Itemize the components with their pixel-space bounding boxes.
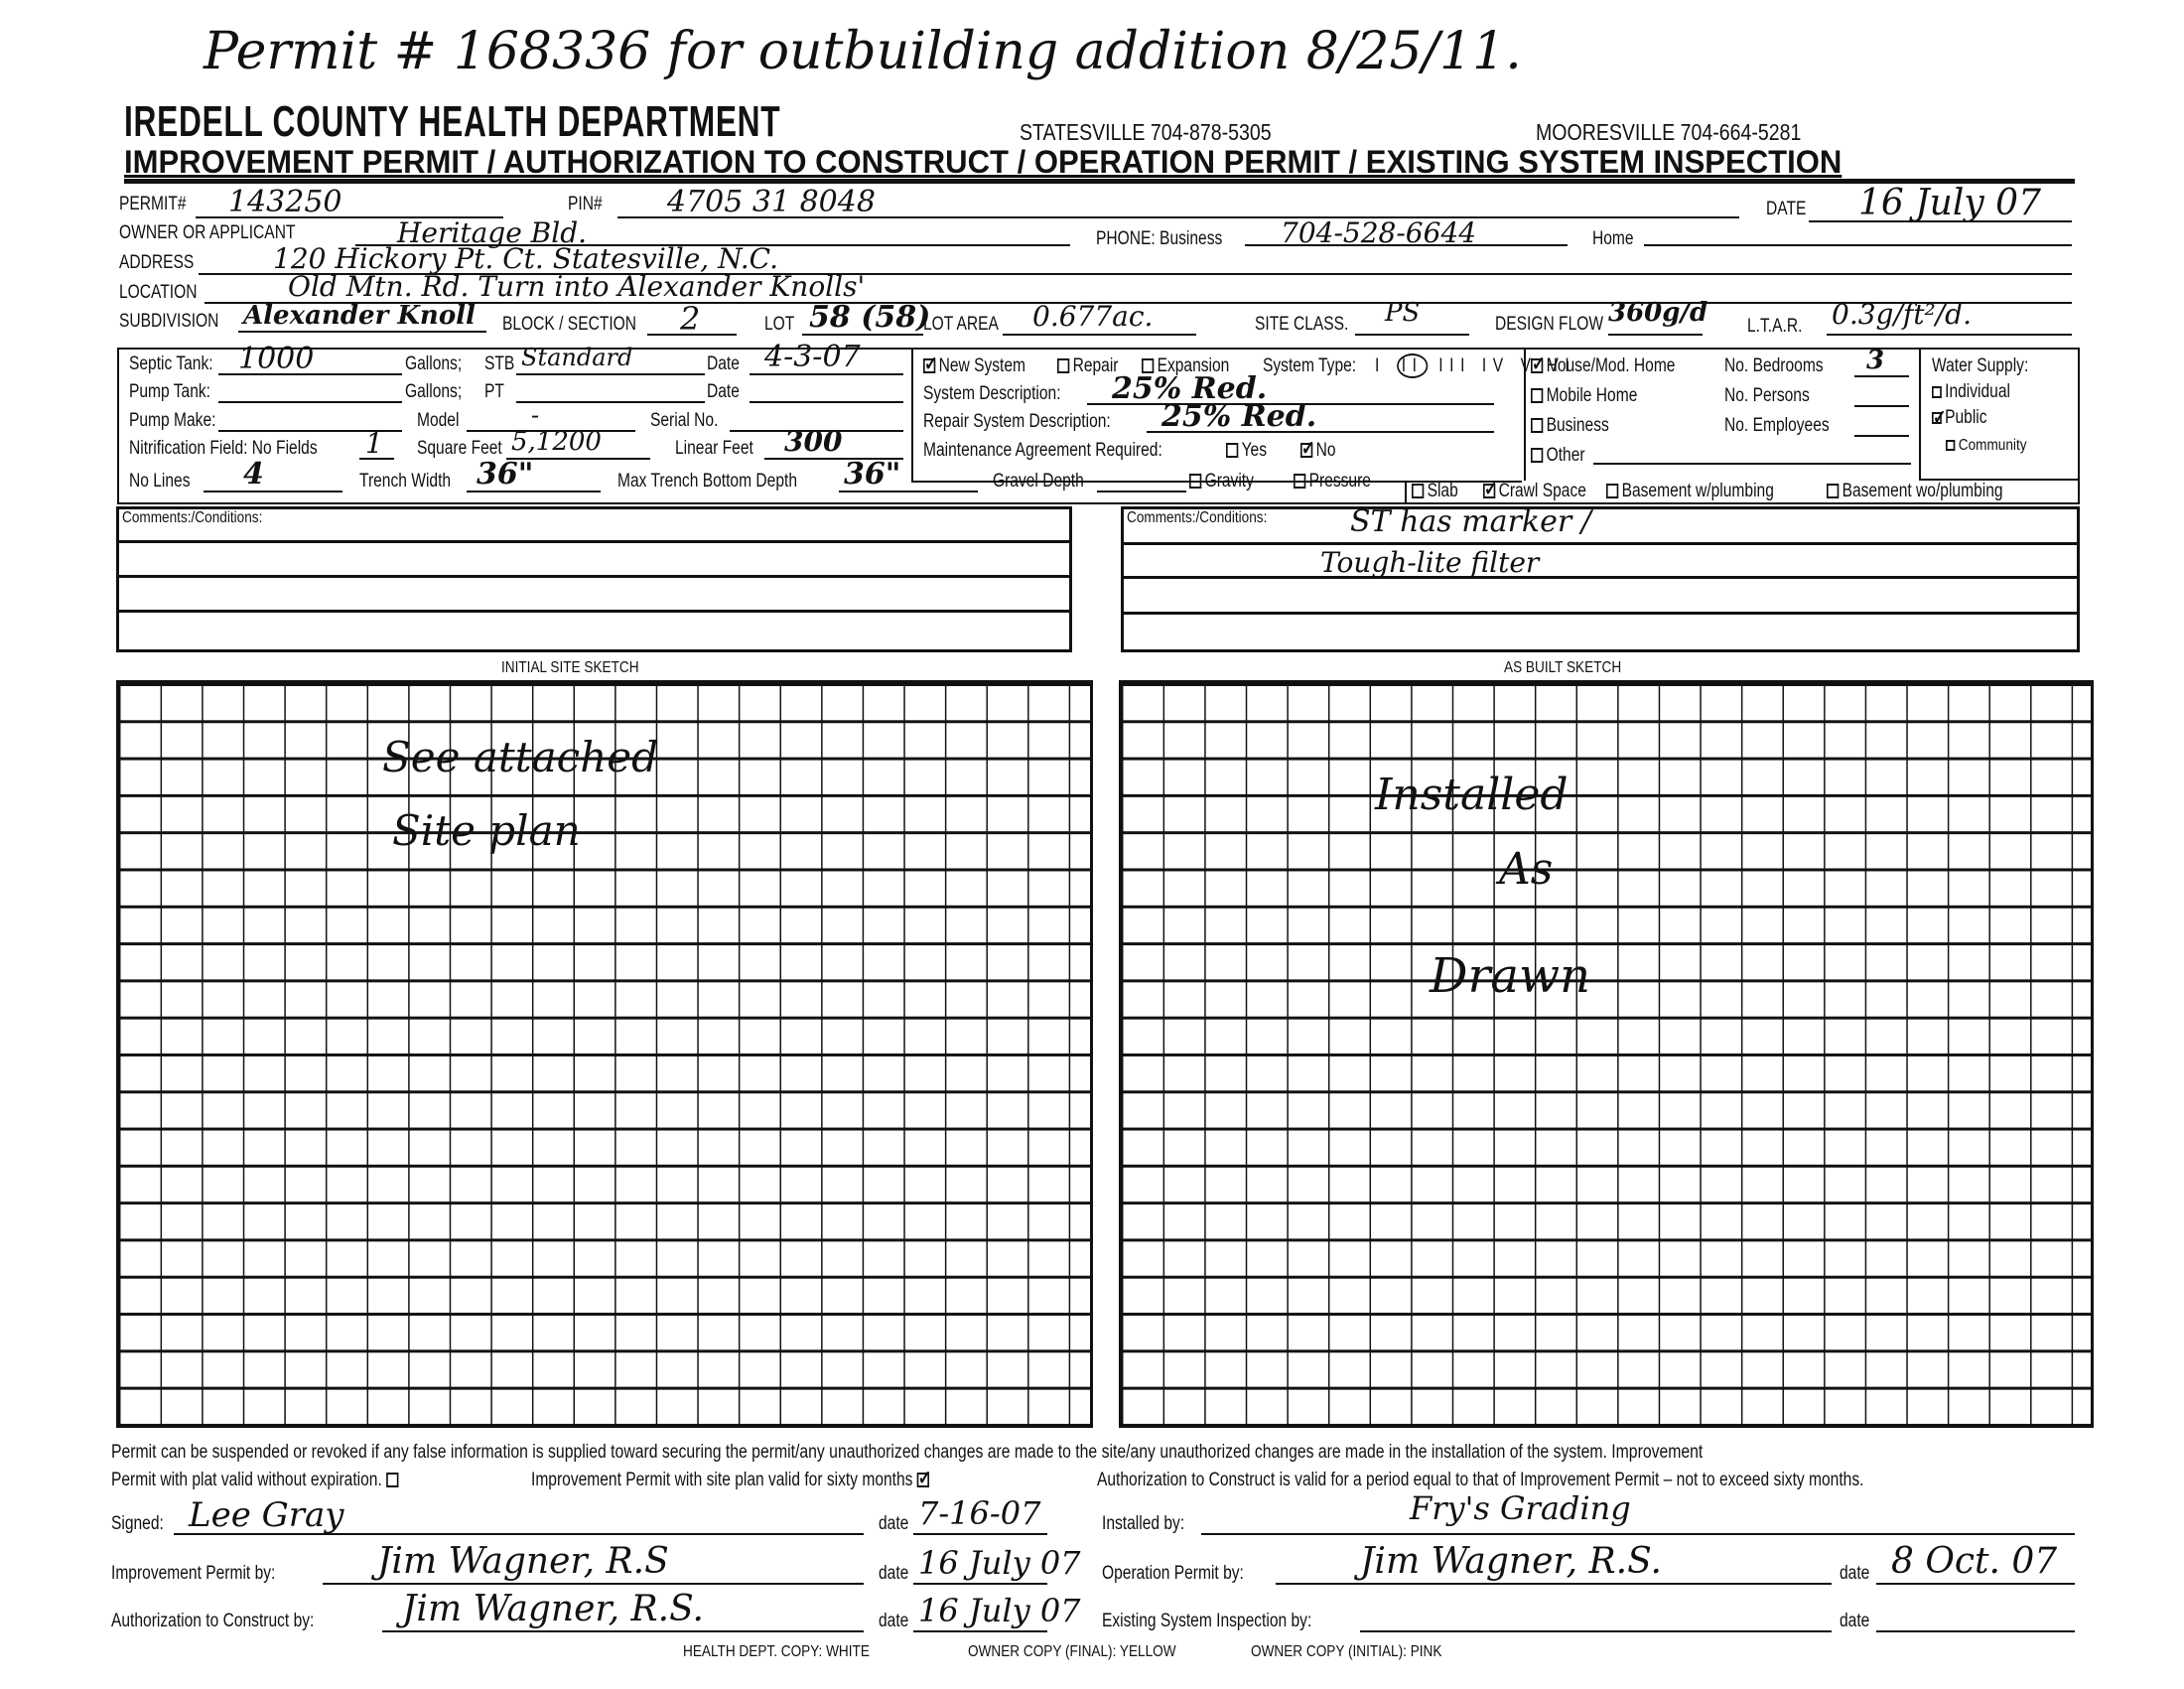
comments-right-label: Comments:/Conditions: [1127, 509, 1267, 527]
handwritten-annotation: Permit # 168336 for outbuilding addition… [204, 22, 1522, 81]
square-feet-value[interactable]: 5,1200 [511, 427, 602, 457]
signed-date-line [913, 1533, 1047, 1535]
permit-label: PERMIT# [119, 194, 187, 215]
mobile-label: Mobile Home [1547, 385, 1638, 406]
op-line [1276, 1583, 1832, 1585]
esi-label: Existing System Inspection by: [1102, 1611, 1311, 1632]
ip-date-line [913, 1583, 1047, 1585]
department-name: IREDELL COUNTY HEALTH DEPARTMENT [124, 97, 780, 147]
trench-width-value[interactable]: 36" [477, 457, 533, 492]
pt-date-line [750, 401, 903, 403]
maintenance-yes-option[interactable]: Yes [1226, 440, 1267, 462]
ip-label: Improvement Permit by: [111, 1563, 275, 1585]
as-built-note-2: As [1499, 844, 1553, 895]
location-label: LOCATION [119, 282, 197, 304]
new-system-option[interactable]: New System [923, 355, 1025, 377]
maintenance-no-label: No [1316, 440, 1336, 461]
water-community-checkbox[interactable] [1946, 440, 1955, 451]
comment-line [116, 610, 1072, 613]
atc-value[interactable]: Jim Wagner, R.S. [402, 1589, 704, 1629]
pressure-option[interactable]: Pressure [1294, 471, 1371, 493]
crawl-option[interactable]: Crawl Space [1483, 481, 1586, 502]
nitrification-value[interactable]: 1 [365, 427, 383, 460]
house-checkbox[interactable] [1531, 358, 1543, 373]
pressure-checkbox[interactable] [1294, 474, 1305, 489]
as-built-sketch-grid[interactable] [1119, 680, 2094, 1428]
gravel-depth-label: Gravel Depth [993, 471, 1084, 493]
comment-line [116, 575, 1072, 578]
op-date-line [1876, 1583, 2075, 1585]
stb-value[interactable]: Standard [521, 344, 632, 371]
basement-wo-checkbox[interactable] [1827, 484, 1839, 498]
system-type-iii[interactable]: III [1438, 355, 1471, 376]
pump-make-label: Pump Make: [129, 410, 215, 432]
as-built-sketch-title: AS BUILT SKETCH [1504, 659, 1621, 677]
bedrooms-line [1854, 375, 1909, 377]
as-built-note-1: Installed [1375, 770, 1569, 820]
employees-label: No. Employees [1724, 415, 1830, 437]
slab-label: Slab [1428, 481, 1458, 501]
maintenance-yes-checkbox[interactable] [1226, 443, 1238, 458]
slab-option[interactable]: Slab [1412, 481, 1458, 502]
subdivision-label: SUBDIVISION [119, 311, 218, 333]
divider [1405, 481, 1407, 504]
plat-label: Permit with plat valid without expiratio… [111, 1470, 382, 1490]
pt-label: PT [484, 381, 504, 403]
maintenance-no-checkbox[interactable] [1300, 443, 1312, 458]
crawl-label: Crawl Space [1499, 481, 1586, 501]
no-lines-value[interactable]: 4 [243, 457, 264, 492]
gravel-depth-line [1097, 491, 1186, 493]
lot-value[interactable]: 58 (58) [809, 300, 930, 335]
comments-right-line2[interactable]: Tough-lite filter [1320, 546, 1539, 579]
pump-tank-line [218, 401, 402, 403]
linear-feet-value[interactable]: 300 [784, 425, 842, 458]
nitrification-label: Nitrification Field: No Fields [129, 438, 318, 460]
other-option[interactable]: Other [1531, 445, 1585, 467]
water-public-label: Public [1945, 407, 1986, 428]
comment-line [1121, 542, 2080, 545]
as-built-note-3: Drawn [1430, 948, 1590, 1004]
phone-business-label: PHONE: Business [1096, 228, 1222, 250]
other-line [1593, 463, 1911, 465]
atc-date-label: date [879, 1611, 908, 1632]
septic-tank-value[interactable]: 1000 [238, 342, 314, 376]
maintenance-yes-label: Yes [1242, 440, 1267, 461]
atc-date-line [913, 1630, 1047, 1632]
op-date-label: date [1840, 1563, 1869, 1585]
system-type-ii[interactable]: II [1397, 353, 1429, 378]
copy-pink: OWNER COPY (INITIAL): PINK [1251, 1643, 1441, 1661]
gravity-label: Gravity [1205, 471, 1254, 492]
slab-checkbox[interactable] [1412, 484, 1424, 498]
initial-sketch-title: INITIAL SITE SKETCH [501, 659, 639, 677]
signed-date-value[interactable]: 7-16-07 [918, 1494, 1040, 1532]
serial-label: Serial No. [650, 410, 718, 432]
house-option[interactable]: House/Mod. Home [1531, 355, 1675, 377]
block-label: BLOCK / SECTION [502, 314, 636, 336]
statesville-phone: STATESVILLE 704-878-5305 [1020, 119, 1272, 146]
copy-yellow: OWNER COPY (FINAL): YELLOW [968, 1643, 1176, 1661]
mobile-checkbox[interactable] [1531, 388, 1543, 403]
water-supply-label: Water Supply: [1932, 355, 2028, 377]
ip-date-value[interactable]: 16 July 07 [918, 1544, 1081, 1582]
lot-area-value[interactable]: 0.677ac. [1032, 300, 1153, 333]
employees-line [1854, 435, 1909, 437]
gallons-label: Gallons; [405, 353, 462, 375]
maintenance-no-option[interactable]: No [1300, 440, 1336, 462]
basement-wo-option[interactable]: Basement wo/plumbing [1827, 481, 2003, 502]
subdivision-line [238, 331, 486, 333]
max-depth-value[interactable]: 36" [844, 457, 900, 492]
stb-date-value[interactable]: 4-3-07 [764, 340, 861, 374]
site-class-line [1355, 334, 1469, 336]
atc-date-value[interactable]: 16 July 07 [918, 1592, 1081, 1629]
pressure-label: Pressure [1309, 471, 1371, 492]
phone-home-label: Home [1592, 228, 1634, 250]
lot-area-line [1003, 334, 1196, 336]
basement-w-checkbox[interactable] [1606, 484, 1618, 498]
phone-business-value[interactable]: 704-528-6644 [1281, 216, 1476, 249]
design-flow-label: DESIGN FLOW [1495, 314, 1603, 336]
stb-date-label: Date [707, 353, 740, 375]
stb-line [516, 373, 705, 375]
gravity-option[interactable]: Gravity [1189, 471, 1254, 493]
ltar-line [1827, 334, 2072, 336]
phone-home-line [1644, 244, 2072, 246]
crawl-checkbox[interactable] [1483, 484, 1495, 498]
persons-line [1854, 405, 1909, 407]
design-flow-value[interactable]: 360g/d [1608, 298, 1707, 328]
mobile-option[interactable]: Mobile Home [1531, 385, 1637, 407]
atc-line [382, 1630, 864, 1632]
ltar-value[interactable]: 0.3g/ft²/d. [1832, 298, 1972, 331]
linear-feet-label: Linear Feet [675, 438, 753, 460]
block-value[interactable]: 2 [680, 300, 700, 338]
mooresville-phone: MOORESVILLE 704-664-5281 [1536, 119, 1801, 146]
esi-date-line [1876, 1630, 2075, 1632]
business-label: Business [1547, 415, 1609, 436]
repair-checkbox[interactable] [1057, 358, 1069, 373]
gallons-label-2: Gallons; [405, 381, 462, 403]
comments-right-line1[interactable]: ST has marker / [1350, 504, 1591, 539]
date-value[interactable]: 16 July 07 [1858, 183, 2041, 223]
subdivision-value[interactable]: Alexander Knoll [243, 301, 476, 331]
lot-area-label: LOT AREA [923, 314, 999, 336]
initial-sketch-note-1: See attached [382, 733, 658, 781]
bedrooms-label: No. Bedrooms [1724, 355, 1824, 377]
atc-label: Authorization to Construct by: [111, 1611, 314, 1632]
water-public-option[interactable]: Public [1932, 407, 1987, 429]
op-date-value[interactable]: 8 Oct. 07 [1891, 1541, 2057, 1582]
other-checkbox[interactable] [1531, 448, 1543, 463]
signed-label: Signed: [111, 1513, 164, 1535]
repair-description-value[interactable]: 25% Red. [1161, 399, 1316, 434]
disclaimer-text: Permit can be suspended or revoked if an… [111, 1442, 1703, 1464]
signed-date-label: date [879, 1513, 908, 1535]
house-label: House/Mod. Home [1547, 355, 1676, 376]
ip-date-label: date [879, 1563, 908, 1585]
water-individual-option[interactable]: Individual [1932, 381, 2010, 403]
max-depth-label: Max Trench Bottom Depth [617, 471, 797, 493]
pump-tank-label: Pump Tank: [129, 381, 210, 403]
installed-value[interactable]: Fry's Grading [1410, 1489, 1631, 1527]
water-individual-label: Individual [1945, 381, 2010, 402]
design-flow-line [1608, 334, 1703, 336]
signed-value[interactable]: Lee Gray [189, 1495, 344, 1535]
lot-label: LOT [764, 314, 794, 336]
location-value[interactable]: Old Mtn. Rd. Turn into Alexander Knolls' [288, 270, 865, 303]
plat-checkbox[interactable] [386, 1473, 398, 1487]
ltar-label: L.T.A.R. [1747, 316, 1802, 338]
septic-tank-label: Septic Tank: [129, 353, 213, 375]
system-type-i[interactable]: I [1375, 355, 1386, 376]
no-lines-line [204, 491, 342, 493]
site-plan-option[interactable]: Improvement Permit with site plan valid … [531, 1470, 932, 1491]
plat-option[interactable]: Permit with plat valid without expiratio… [111, 1470, 402, 1491]
initial-sketch-note-2: Site plan [392, 806, 581, 855]
site-plan-checkbox[interactable] [917, 1473, 929, 1487]
comments-left-box[interactable] [116, 506, 1072, 652]
water-community-label: Community [1959, 437, 2027, 454]
new-system-label: New System [939, 355, 1025, 376]
esi-line [1360, 1630, 1832, 1632]
comments-left-label: Comments:/Conditions: [122, 509, 262, 527]
pt-line [516, 401, 705, 403]
water-public-checkbox[interactable] [1932, 412, 1942, 424]
system-type-iv[interactable]: IV [1482, 355, 1510, 376]
maintenance-label: Maintenance Agreement Required: [923, 440, 1162, 462]
other-label: Other [1547, 445, 1585, 466]
water-community-option[interactable]: Community [1946, 437, 2027, 455]
ip-value[interactable]: Jim Wagner, R.S [377, 1541, 669, 1582]
bedrooms-value[interactable]: 3 [1866, 346, 1884, 375]
installed-line [1201, 1533, 2075, 1535]
water-individual-checkbox[interactable] [1932, 386, 1942, 398]
op-label: Operation Permit by: [1102, 1563, 1244, 1585]
new-system-checkbox[interactable] [923, 358, 935, 373]
op-value[interactable]: Jim Wagner, R.S. [1360, 1541, 1662, 1582]
form-title: IMPROVEMENT PERMIT / AUTHORIZATION TO CO… [124, 144, 1842, 181]
owner-label: OWNER OR APPLICANT [119, 222, 295, 244]
repair-description-label: Repair System Description: [923, 411, 1111, 433]
business-option[interactable]: Business [1531, 415, 1609, 437]
business-checkbox[interactable] [1531, 418, 1543, 433]
trench-width-label: Trench Width [359, 471, 451, 493]
initial-site-sketch-grid[interactable] [116, 680, 1093, 1428]
basement-w-label: Basement w/plumbing [1622, 481, 1774, 501]
model-value[interactable]: - [531, 401, 539, 429]
header-rule [124, 179, 2075, 184]
site-class-value[interactable]: PS [1385, 298, 1420, 328]
address-label: ADDRESS [119, 252, 194, 274]
pt-date-label: Date [707, 381, 740, 403]
site-class-label: SITE CLASS. [1255, 314, 1348, 336]
comments-right-box[interactable] [1121, 506, 2080, 652]
comment-line [1121, 576, 2080, 579]
site-plan-label: Improvement Permit with site plan valid … [531, 1470, 912, 1490]
esi-date-label: date [1840, 1611, 1869, 1632]
copy-white: HEALTH DEPT. COPY: WHITE [683, 1643, 870, 1661]
ip-line [323, 1583, 864, 1585]
model-label: Model [417, 410, 459, 432]
pin-label: PIN# [568, 194, 603, 215]
gravity-checkbox[interactable] [1189, 474, 1201, 489]
date-label: DATE [1766, 199, 1806, 220]
permit-value[interactable]: 143250 [228, 185, 342, 219]
stb-label: STB [484, 353, 514, 375]
comment-line [1121, 612, 2080, 615]
divider [911, 350, 913, 481]
repair-option[interactable]: Repair [1057, 355, 1118, 377]
persons-label: No. Persons [1724, 385, 1810, 407]
basement-w-option[interactable]: Basement w/plumbing [1606, 481, 1774, 502]
atc-note: Authorization to Construct is valid for … [1097, 1470, 1863, 1491]
system-type-label: System Type: [1263, 355, 1356, 377]
pin-value[interactable]: 4705 31 8048 [667, 185, 876, 219]
no-lines-label: No Lines [129, 471, 191, 493]
basement-wo-label: Basement wo/plumbing [1843, 481, 2003, 501]
comment-line [116, 540, 1072, 543]
system-description-label: System Description: [923, 383, 1061, 405]
installed-label: Installed by: [1102, 1513, 1184, 1535]
